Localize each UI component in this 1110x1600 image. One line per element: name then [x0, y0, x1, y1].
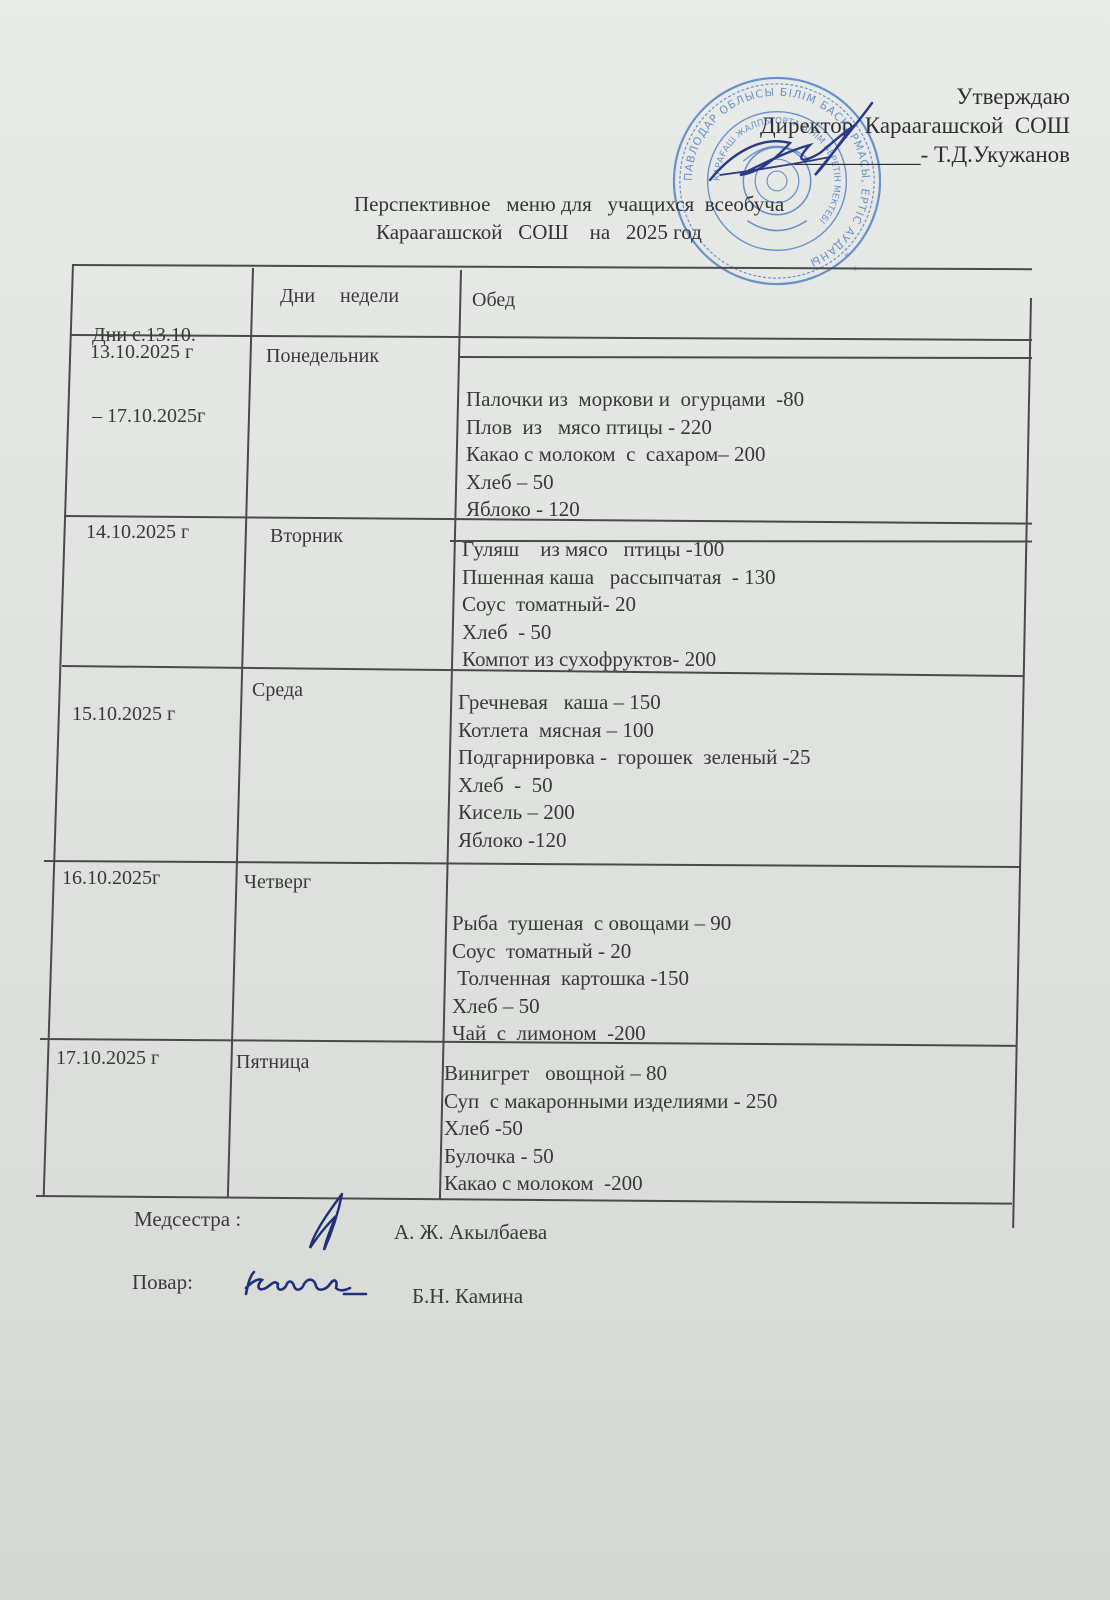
- row-weekday: Четверг: [244, 868, 311, 896]
- row-date: 17.10.2025 г: [56, 1044, 159, 1072]
- menu-item: Компот из сухофруктов- 200: [462, 646, 776, 674]
- menu-item: Подгарнировка - горошек зеленый -25: [458, 744, 811, 772]
- menu-item: Хлеб - 50: [462, 619, 776, 647]
- row-date: 14.10.2025 г: [86, 518, 189, 546]
- menu-item: Чай с лимоном -200: [452, 1020, 731, 1048]
- cook-name: Б.Н. Камина: [412, 1284, 523, 1309]
- header-date-range-line-2: – 17.10.2025г: [92, 403, 205, 430]
- menu-item: Какао с молоком с сахаром– 200: [466, 441, 804, 469]
- menu-item: Толченная картошка -150: [452, 965, 731, 993]
- header-date-range: Дни с.13.10. – 17.10.2025г: [92, 268, 205, 484]
- menu-item: Яблоко -120: [458, 827, 811, 855]
- menu-item: Хлеб - 50: [458, 772, 811, 800]
- row-date: 15.10.2025 г: [72, 700, 175, 728]
- table-border: [1012, 298, 1031, 1228]
- table-border: [70, 334, 1032, 341]
- row-date: 16.10.2025г: [62, 864, 160, 892]
- menu-item: Кисель – 200: [458, 799, 811, 827]
- row-weekday: Среда: [252, 676, 303, 704]
- row-menu: Гуляш из мясо птицы -100 Пшенная каша ра…: [462, 536, 776, 674]
- table-border: [44, 860, 1020, 867]
- header-weekday: Дни недели: [280, 282, 399, 310]
- row-weekday: Пятница: [236, 1048, 309, 1076]
- menu-item: Хлеб – 50: [452, 993, 731, 1021]
- menu-item: Соус томатный- 20: [462, 591, 776, 619]
- menu-item: Хлеб – 50: [466, 469, 804, 497]
- menu-item: Палочки из моркови и огурцами -80: [466, 386, 804, 414]
- menu-item: Суп с макаронными изделиями - 250: [444, 1088, 777, 1116]
- menu-item: Пшенная каша рассыпчатая - 130: [462, 564, 776, 592]
- menu-item: Соус томатный - 20: [452, 938, 731, 966]
- menu-document: ПАВЛОДАР ОБЛЫСЫ БІЛІМ БАСҚАРМАСЫ, ЕРТІС …: [0, 0, 1110, 1600]
- nurse-name: А. Ж. Акылбаева: [394, 1220, 547, 1245]
- cook-signature-icon: [238, 1264, 368, 1304]
- row-menu: Палочки из моркови и огурцами -80 Плов и…: [466, 386, 804, 524]
- menu-item: Гречневая каша – 150: [458, 689, 811, 717]
- row-weekday: Вторник: [270, 522, 343, 550]
- menu-item: Булочка - 50: [444, 1143, 777, 1171]
- nurse-label: Медсестра :: [134, 1207, 241, 1232]
- menu-item: Хлеб -50: [444, 1115, 777, 1143]
- table-border: [72, 264, 1032, 270]
- menu-item: Рыба тушеная с овощами – 90: [452, 910, 731, 938]
- nurse-signature-icon: [300, 1192, 360, 1254]
- row-date: 13.10.2025 г: [90, 338, 193, 366]
- menu-item: Гуляш из мясо птицы -100: [462, 536, 776, 564]
- header-lunch: Обед: [472, 286, 515, 314]
- menu-item: Плов из мясо птицы - 220: [466, 414, 804, 442]
- menu-item: Винигрет овощной – 80: [444, 1060, 777, 1088]
- menu-item: Какао с молоком -200: [444, 1170, 777, 1198]
- row-menu: Винигрет овощной – 80 Суп с макаронными …: [444, 1060, 777, 1198]
- row-menu: Рыба тушеная с овощами – 90 Соус томатны…: [452, 910, 731, 1048]
- table-border: [458, 356, 1032, 359]
- row-menu: Гречневая каша – 150 Котлета мясная – 10…: [458, 689, 811, 854]
- cook-label: Повар:: [132, 1270, 193, 1295]
- row-weekday: Понедельник: [266, 342, 379, 370]
- menu-item: Котлета мясная – 100: [458, 717, 811, 745]
- menu-item: Яблоко - 120: [466, 496, 804, 524]
